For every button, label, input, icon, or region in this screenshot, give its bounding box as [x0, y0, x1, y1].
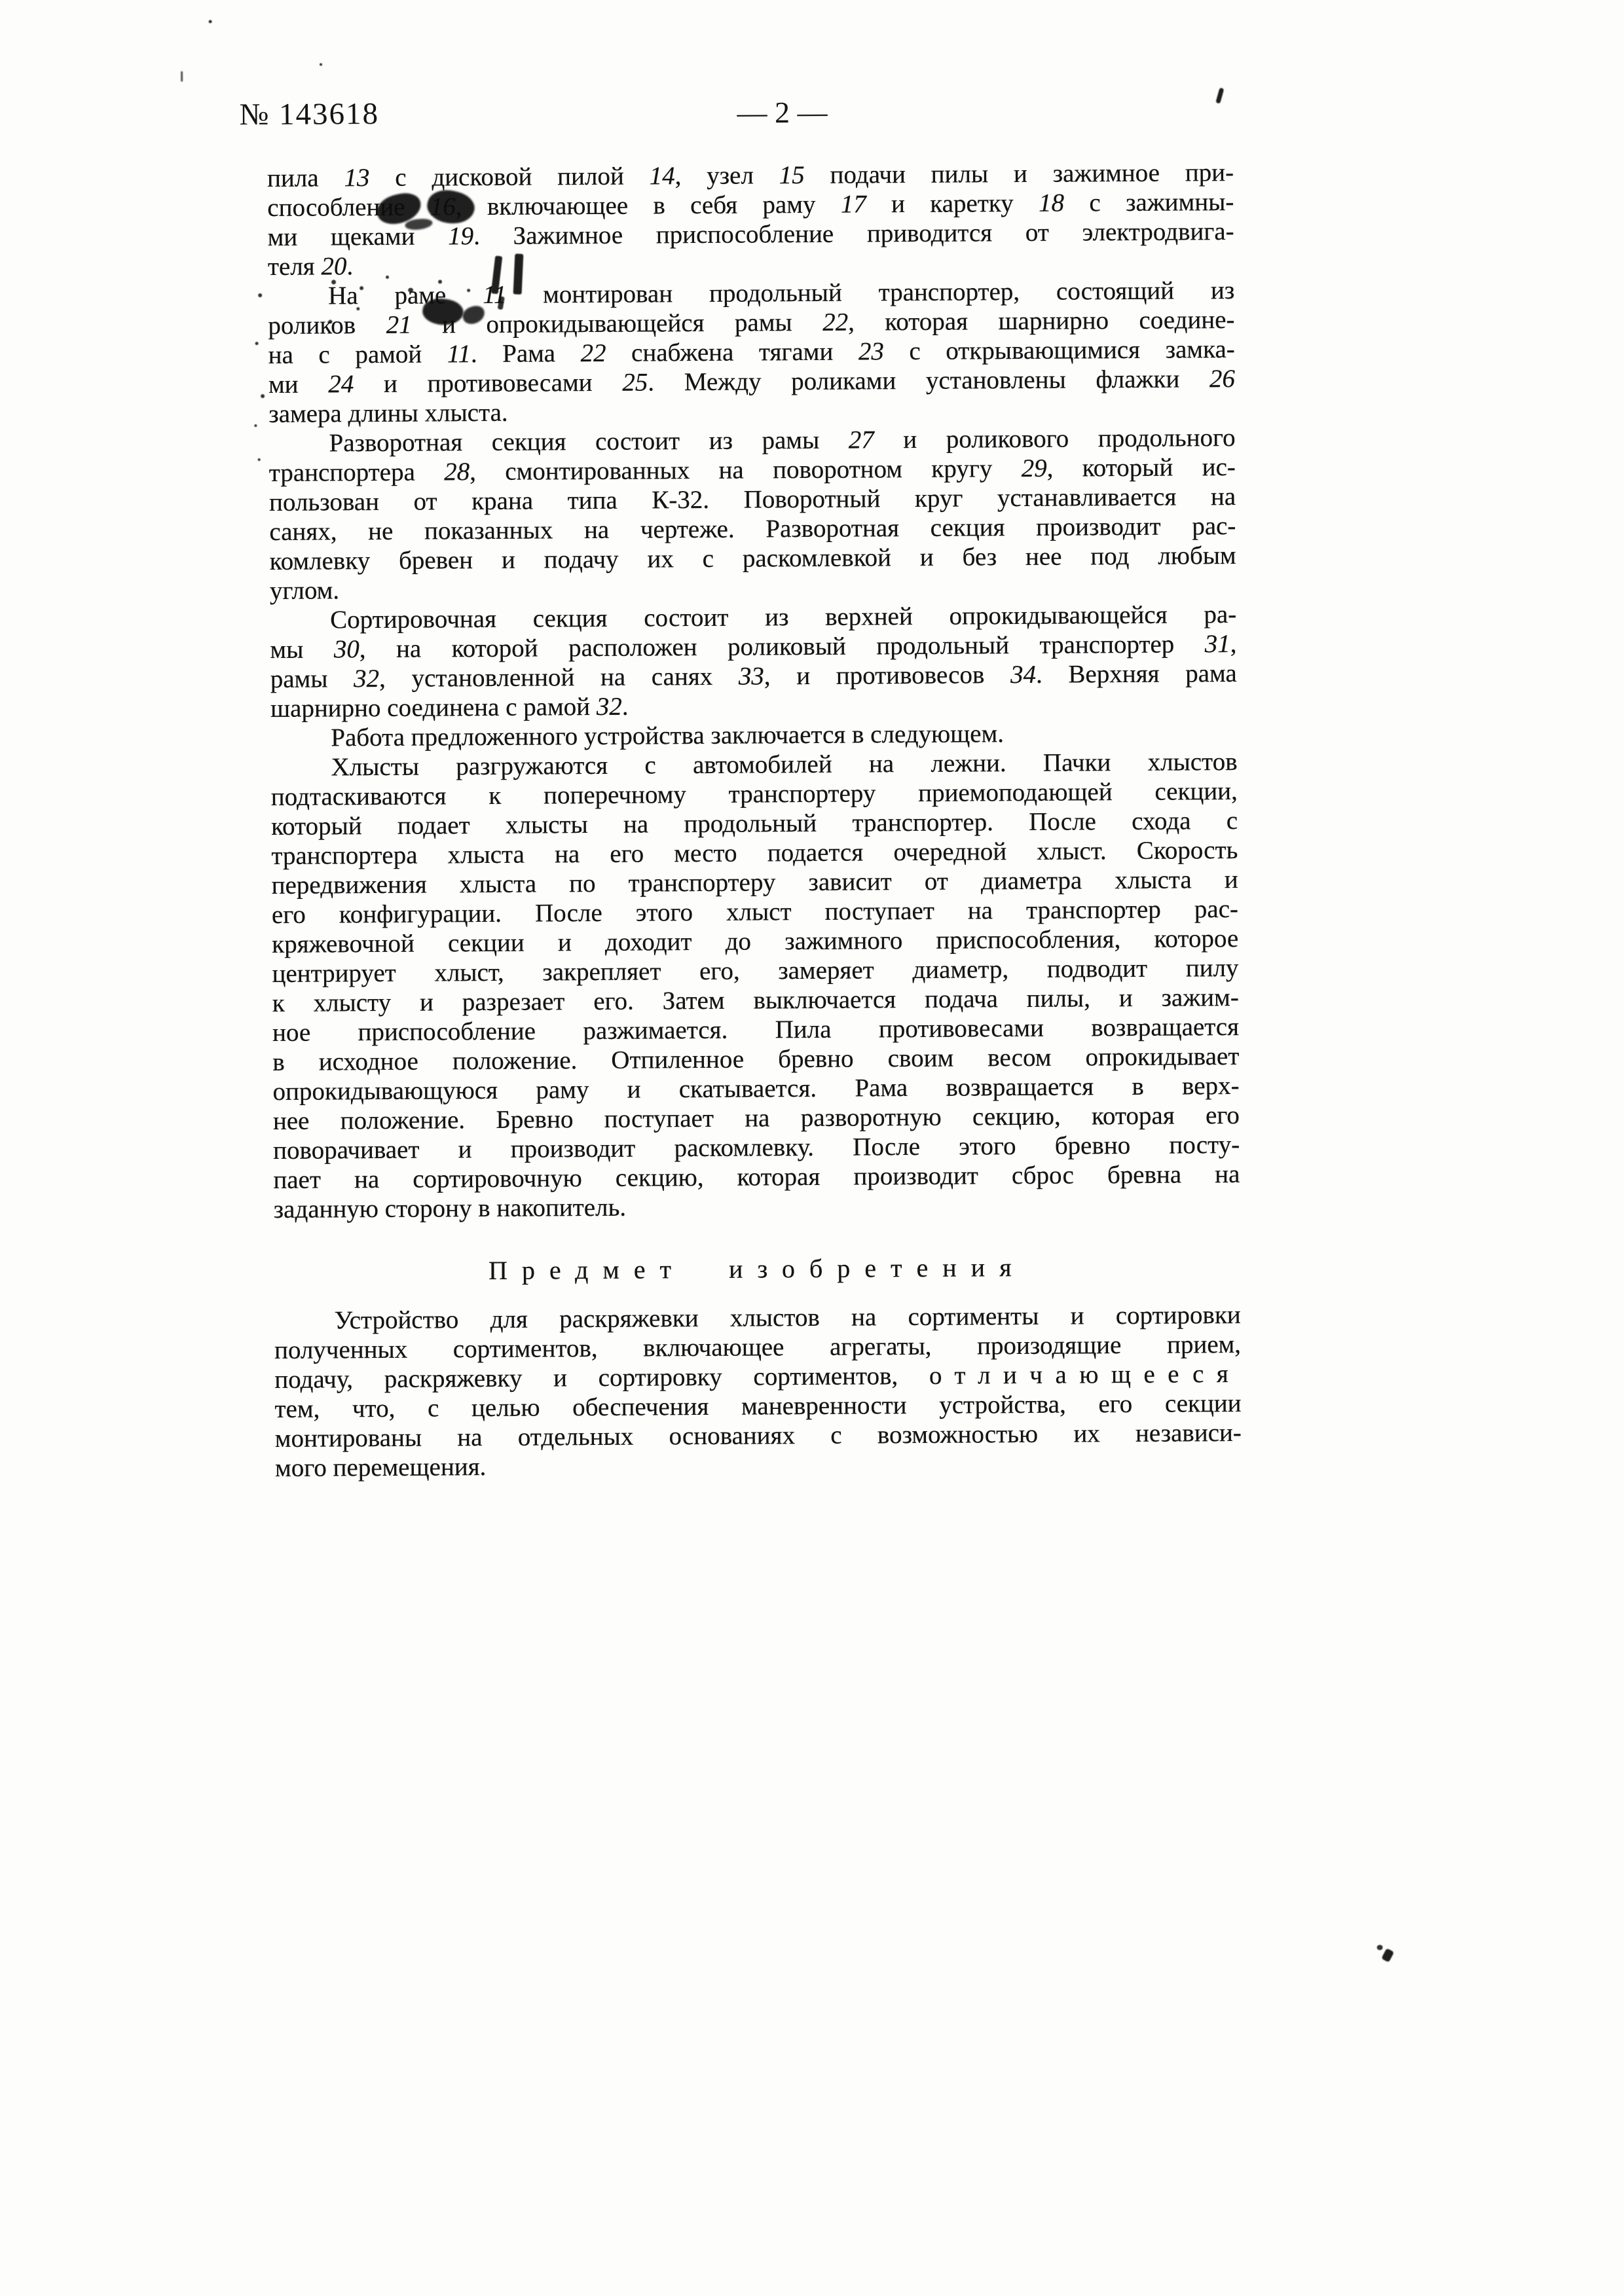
document-body: пила 13 с дисковой пилой 14, узел 15 под…	[267, 158, 1242, 1483]
ink-speck	[408, 288, 413, 293]
text-line: пает на сортировочную секцию, которая пр…	[273, 1159, 1240, 1195]
text-line: ми 24 и противовесами 25. Между роликами…	[268, 364, 1235, 399]
text-line: комлевку бревен и подачу их с раскомлевк…	[270, 541, 1236, 576]
description-text: пила 13 с дисковой пилой 14, узел 15 под…	[267, 158, 1240, 1224]
ink-speck	[254, 424, 257, 427]
text-line: мого перемещения.	[275, 1448, 1242, 1483]
ink-speck	[331, 280, 336, 284]
scan-artifact	[320, 63, 322, 65]
patent-page: № 143618 — 2 — пила 13 с дисковой пилой …	[0, 0, 1624, 2296]
text-line: заданную сторону в накопитель.	[274, 1189, 1240, 1224]
ink-speck	[258, 458, 261, 461]
scan-artifact	[1377, 1945, 1383, 1950]
scan-artifact	[1381, 1948, 1394, 1963]
ink-speck	[255, 342, 259, 345]
ink-speck	[438, 280, 442, 283]
ink-speck	[360, 286, 363, 290]
text-line: монтированы на отдельных основаниях с во…	[275, 1418, 1242, 1453]
scan-artifact	[181, 71, 183, 82]
scan-artifact	[209, 20, 212, 24]
claims-text: Устройство для раскряжевки хлыстов на со…	[274, 1300, 1242, 1483]
ink-speck	[258, 293, 262, 297]
page-number: — 2 —	[667, 94, 896, 130]
ink-speck	[328, 319, 332, 323]
ink-speck	[261, 394, 265, 398]
ink-speck	[467, 289, 470, 292]
ink-speck	[356, 307, 360, 310]
claims-heading: Предмет изобретения	[274, 1251, 1240, 1286]
patent-number: № 143618	[239, 96, 379, 132]
text-line: рамы 32, установленной на санях 33, и пр…	[270, 659, 1237, 694]
scanned-sheet: № 143618 — 2 — пила 13 с дисковой пилой …	[0, 0, 1624, 2296]
scan-artifact	[1215, 88, 1224, 104]
ink-speck	[386, 276, 389, 279]
